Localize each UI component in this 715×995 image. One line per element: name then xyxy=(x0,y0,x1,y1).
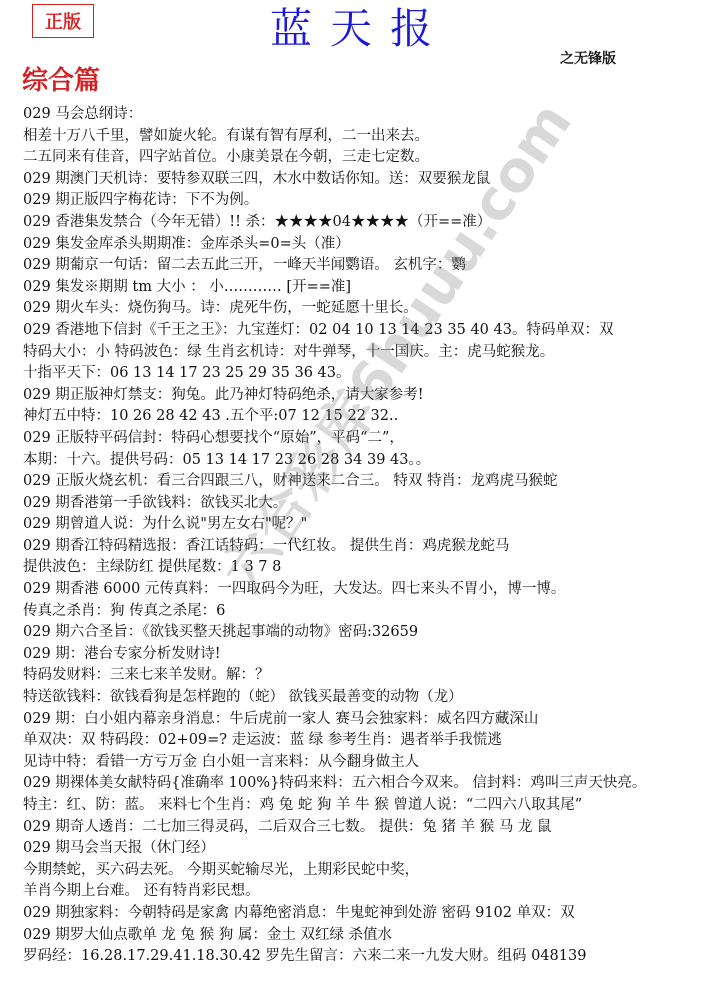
text-line: 029 期澳门天机诗：要特参双联三四，木水中数话你知。送：双要猴龙鼠 xyxy=(23,169,708,191)
text-line: 相差十万八千里，譬如旋火轮。有谋有智有厚利，二一出来去。 xyxy=(23,126,708,148)
edition-subtitle: 之无锋版 xyxy=(560,48,616,68)
text-line: 罗码经：16.28.17.29.41.18.30.42 罗先生留言：六来二来一九… xyxy=(23,946,708,968)
text-line: 神灯五中特：10 26 28 42 43 .五个平:07 12 15 22 32… xyxy=(23,406,708,428)
text-line: 029 期马会当天报（休门经） xyxy=(23,838,708,860)
zhengban-stamp: 正版 xyxy=(32,4,94,38)
text-line: 029 香港地下信封《千王之王》：九宝莲灯：02 04 10 13 14 23 … xyxy=(23,320,708,342)
text-line: 029 期香江特码精选报：香江话特码：一代红妆。 提供生肖：鸡虎猴龙蛇马 xyxy=(23,536,708,558)
text-line: 029 香港集发禁合（今年无错）!! 杀：★★★★04★★★★（开==准） xyxy=(23,212,708,234)
page-title: 蓝天报 xyxy=(250,4,470,54)
text-line: 029 期香港第一手欲钱料：欲钱买北大。 xyxy=(23,493,708,515)
text-line: 单双决：双 特码段：02+09=? 走运波：蓝 绿 参考生肖：遇者举手我慌逃 xyxy=(23,730,708,752)
text-line: 本期：十六。提供号码：05 13 14 17 23 26 28 34 39 43… xyxy=(23,450,708,472)
text-line: 029 期：港台专家分析发财诗! xyxy=(23,644,708,666)
text-line: 见诗中特：看错一方亏万金 白小姐一言来料：从今翻身做主人 xyxy=(23,752,708,774)
text-line: 特送欲钱料：欲钱看狗是怎样跑的（蛇） 欲钱买最善变的动物（龙） xyxy=(23,687,708,709)
text-line: 029 期独家料：今朝特码是家禽 内幕绝密消息：牛鬼蛇神到处游 密码 9102 … xyxy=(23,903,708,925)
text-line: 十指平天下：06 13 14 17 23 25 29 35 36 43。 xyxy=(23,363,708,385)
text-line: 029 期罗大仙点歌单 龙 兔 猴 狗 属：金土 双红绿 杀值水 xyxy=(23,925,708,947)
text-line: 特码大小：小 特码波色：绿 生肖玄机诗：对牛弹琴，十一国庆。主：虎马蛇猴龙。 xyxy=(23,342,708,364)
text-line: 029 期曾道人说：为什么说"男左女右"呢？" xyxy=(23,514,708,536)
text-line: 特码发财料：三来七来羊发财。解：？ xyxy=(23,665,708,687)
article-body: 029 马会总纲诗： 相差十万八千里，譬如旋火轮。有谋有智有厚利，二一出来去。 … xyxy=(23,104,708,968)
section-heading: 综合篇 xyxy=(22,60,100,97)
text-line: 今期禁蛇，买六码去死。 今期买蛇输尽光，上期彩民蛇中奖， xyxy=(23,860,708,882)
text-line: 029 集发※期期 tm 大小 ： 小………… [开==准] xyxy=(23,277,708,299)
text-line: 特主：红、防：蓝。 来料七个生肖：鸡 兔 蛇 狗 羊 牛 猴 曾道人说：“二四六… xyxy=(23,795,708,817)
text-line: 传真之杀肖：狗 传真之杀尾：6 xyxy=(23,601,708,623)
text-line: 029 正版火烧玄机：看三合四跟三八，财神送来二合三。 特双 特肖：龙鸡虎马猴蛇 xyxy=(23,471,708,493)
text-line: 提供波色：主绿防红 提供尾数：1 3 7 8 xyxy=(23,557,708,579)
text-line: 029 期葡京一句话：留二去五此三开，一峰天半闻鹦语。 玄机字：鹦 xyxy=(23,255,708,277)
text-line: 029 期正版四字梅花诗：下不为例。 xyxy=(23,190,708,212)
text-line: 二五同来有佳音，四字站首位。小康美景在今朝，三走七定数。 xyxy=(23,147,708,169)
text-line: 029 正版特平码信封：特码心想要找个“原始”，平码“二”， xyxy=(23,428,708,450)
text-line: 羊肖今期上台难。 还有特肖彩民想。 xyxy=(23,881,708,903)
text-line: 029 期：白小姐内幕亲身消息：牛后虎前一家人 赛马会独家料：威名四方藏深山 xyxy=(23,709,708,731)
text-line: 029 期六合圣旨：《欲钱买整天挑起事端的动物》密码:32659 xyxy=(23,622,708,644)
text-line: 029 期裸体美女献特码{准确率 100%}特码来料：五六相合今双来。 信封料：… xyxy=(23,773,708,795)
text-line: 029 期正版神灯禁支：狗兔。此乃神灯特码绝杀，请大家参考! xyxy=(23,385,708,407)
text-line: 029 集发金库杀头期期准：金库杀头=0=头（准） xyxy=(23,234,708,256)
text-line: 029 期火车头：烧伤狗马。诗：虎死牛伤，一蛇延愿十里长。 xyxy=(23,298,708,320)
text-line: 029 马会总纲诗： xyxy=(23,104,708,126)
text-line: 029 期香港 6000 元传真料：一四取码今为旺，大发达。四七来头不胃小，博一… xyxy=(23,579,708,601)
text-line: 029 期奇人透肖：二七加三得灵码，二后双合三七数。 提供：兔 猪 羊 猴 马 … xyxy=(23,817,708,839)
